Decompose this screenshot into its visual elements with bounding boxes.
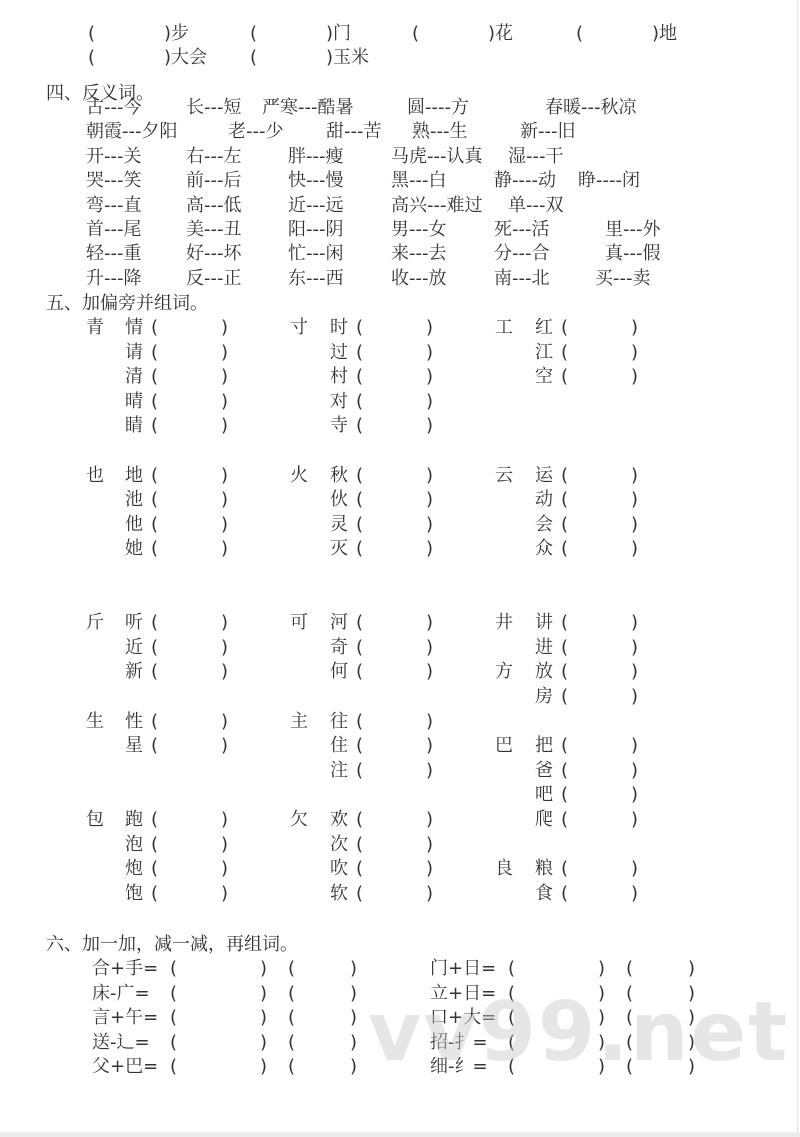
antonym-pair: 男---女 bbox=[391, 218, 447, 242]
close-paren: ) bbox=[631, 637, 638, 658]
radical-char: 空 bbox=[535, 365, 561, 389]
answer-blank[interactable]: ( bbox=[356, 759, 426, 783]
close-paren: ) bbox=[631, 317, 638, 338]
close-paren: ) bbox=[652, 23, 659, 44]
equation: 合+手= bbox=[92, 957, 170, 982]
close-paren: ) bbox=[326, 47, 333, 68]
answer-blank[interactable]: ( bbox=[151, 537, 221, 561]
answer-blank[interactable]: ( bbox=[151, 316, 221, 340]
close-paren: ) bbox=[221, 809, 228, 830]
open-paren[interactable]: ( bbox=[88, 46, 164, 70]
answer-blank-1[interactable]: ( bbox=[508, 957, 598, 982]
radical-char: 灭 bbox=[330, 537, 356, 561]
answer-blank[interactable]: ( bbox=[561, 488, 631, 512]
antonym-pair: 新---旧 bbox=[520, 120, 576, 144]
close-paren: ) bbox=[260, 1055, 288, 1080]
close-paren: ) bbox=[631, 883, 638, 904]
radical-char: 村 bbox=[330, 365, 356, 389]
word-blank-row: 空() bbox=[535, 365, 638, 389]
close-paren: ) bbox=[426, 661, 433, 682]
antonym-pair: 熟---生 bbox=[412, 120, 468, 144]
radical-char: 过 bbox=[330, 341, 356, 365]
answer-blank-1[interactable]: ( bbox=[508, 1006, 598, 1031]
antonym-pair: 哭---笑 bbox=[86, 169, 142, 193]
word-blank-row: 饱() bbox=[125, 882, 228, 906]
word-blank-row: 运() bbox=[535, 464, 638, 488]
word-blank-row: 吹() bbox=[330, 857, 433, 881]
close-paren: ) bbox=[598, 1031, 626, 1056]
close-paren: ) bbox=[426, 760, 433, 781]
answer-blank[interactable]: ( bbox=[561, 316, 631, 340]
close-paren: ) bbox=[631, 538, 638, 559]
close-paren: ) bbox=[164, 47, 171, 68]
answer-blank[interactable]: ( bbox=[356, 390, 426, 414]
equation-row: 立+日=()() bbox=[430, 982, 695, 1007]
answer-blank[interactable]: ( bbox=[561, 857, 631, 881]
equation: 招-扌= bbox=[430, 1031, 508, 1056]
answer-blank[interactable]: ( bbox=[561, 783, 631, 807]
word-blank-row: 奇() bbox=[330, 636, 433, 660]
word-blank-row: 爸() bbox=[535, 759, 638, 783]
antonym-pair: 静----动 bbox=[494, 169, 556, 193]
answer-blank[interactable]: ( bbox=[561, 611, 631, 635]
word-blank-row: 对() bbox=[330, 390, 433, 414]
answer-blank[interactable]: ( bbox=[561, 365, 631, 389]
radical-root: 工 bbox=[495, 316, 513, 340]
equation-row: 言+午=()() bbox=[92, 1006, 357, 1031]
answer-blank[interactable]: ( bbox=[356, 316, 426, 340]
close-paren: ) bbox=[631, 760, 638, 781]
radical-char: 江 bbox=[535, 341, 561, 365]
close-paren: ) bbox=[631, 735, 638, 756]
antonym-pair: 高兴---难过 bbox=[391, 194, 483, 218]
answer-blank-2[interactable]: ( bbox=[626, 982, 688, 1007]
answer-blank[interactable]: ( bbox=[151, 808, 221, 832]
radical-root: 也 bbox=[86, 464, 104, 488]
answer-blank[interactable]: ( bbox=[356, 365, 426, 389]
radical-char: 动 bbox=[535, 488, 561, 512]
word-blank-row: 放() bbox=[535, 660, 638, 684]
close-paren: ) bbox=[350, 983, 357, 1004]
close-paren: ) bbox=[221, 489, 228, 510]
answer-blank[interactable]: ( bbox=[561, 660, 631, 684]
radical-char: 讲 bbox=[535, 611, 561, 635]
answer-blank[interactable]: ( bbox=[561, 464, 631, 488]
antonym-pair: 真---假 bbox=[605, 242, 661, 266]
radical-root: 主 bbox=[290, 710, 308, 734]
word-blank-row: 红() bbox=[535, 316, 638, 340]
antonym-pair: 阳---阴 bbox=[288, 218, 344, 242]
answer-blank-2[interactable]: ( bbox=[626, 1055, 688, 1080]
close-paren: ) bbox=[426, 391, 433, 412]
answer-blank[interactable]: ( bbox=[356, 857, 426, 881]
antonym-pair: 死---活 bbox=[494, 218, 550, 242]
radical-char: 运 bbox=[535, 464, 561, 488]
antonym-pair: 右---左 bbox=[186, 145, 242, 169]
radical-char: 池 bbox=[125, 488, 151, 512]
answer-blank-1[interactable]: ( bbox=[170, 957, 260, 982]
answer-blank-1[interactable]: ( bbox=[170, 982, 260, 1007]
antonym-pair: 老---少 bbox=[228, 120, 284, 144]
antonym-pair: 甜---苦 bbox=[326, 120, 382, 144]
close-paren: ) bbox=[631, 661, 638, 682]
answer-blank[interactable]: ( bbox=[151, 636, 221, 660]
radical-char: 住 bbox=[330, 734, 356, 758]
word-blank-row: 何() bbox=[330, 660, 433, 684]
radical-char: 他 bbox=[125, 513, 151, 537]
answer-blank[interactable]: ( bbox=[151, 660, 221, 684]
close-paren: ) bbox=[426, 858, 433, 879]
close-paren: ) bbox=[350, 958, 357, 979]
answer-blank-2[interactable]: ( bbox=[288, 982, 350, 1007]
close-paren: ) bbox=[426, 538, 433, 559]
antonym-pair: 朝霞---夕阳 bbox=[86, 120, 178, 144]
close-paren: ) bbox=[221, 834, 228, 855]
antonym-pair: 好---坏 bbox=[186, 242, 242, 266]
radical-char: 近 bbox=[125, 636, 151, 660]
equation-row: 合+手=()() bbox=[92, 957, 357, 982]
radical-char: 软 bbox=[330, 882, 356, 906]
answer-blank[interactable]: ( bbox=[561, 759, 631, 783]
word-blank-row: 欢() bbox=[330, 808, 433, 832]
radical-char: 吹 bbox=[330, 857, 356, 881]
antonym-pair: 收---放 bbox=[391, 267, 447, 291]
close-paren: ) bbox=[426, 735, 433, 756]
open-paren[interactable]: ( bbox=[412, 22, 488, 46]
answer-blank-2[interactable]: ( bbox=[626, 1006, 688, 1031]
close-paren: ) bbox=[221, 317, 228, 338]
close-paren: ) bbox=[598, 957, 626, 982]
radical-char: 放 bbox=[535, 660, 561, 684]
answer-blank[interactable]: ( bbox=[356, 611, 426, 635]
equation: 言+午= bbox=[92, 1006, 170, 1031]
close-paren: ) bbox=[688, 1056, 695, 1077]
antonym-pair: 里---外 bbox=[605, 218, 661, 242]
word-blank-row: 注() bbox=[330, 759, 433, 783]
answer-blank[interactable]: ( bbox=[151, 734, 221, 758]
fill-blank-item: ()玉米 bbox=[250, 46, 369, 70]
close-paren: ) bbox=[350, 1056, 357, 1077]
antonym-pair: 忙---闲 bbox=[288, 242, 344, 266]
word-blank-row: 吧() bbox=[535, 783, 638, 807]
section5-title: 五、加偏旁并组词。 bbox=[46, 292, 208, 316]
answer-blank-1[interactable]: ( bbox=[508, 1055, 598, 1080]
answer-blank-2[interactable]: ( bbox=[288, 1006, 350, 1031]
word: 大会 bbox=[171, 47, 207, 68]
radical-root: 生 bbox=[86, 710, 104, 734]
radical-char: 粮 bbox=[535, 857, 561, 881]
answer-blank[interactable]: ( bbox=[356, 833, 426, 857]
close-paren: ) bbox=[631, 809, 638, 830]
radical-char: 众 bbox=[535, 537, 561, 561]
answer-blank-2[interactable]: ( bbox=[288, 1031, 350, 1056]
word-blank-row: 过() bbox=[330, 341, 433, 365]
answer-blank[interactable]: ( bbox=[561, 341, 631, 365]
radical-char: 奇 bbox=[330, 636, 356, 660]
word-blank-row: 睛() bbox=[125, 414, 228, 438]
answer-blank[interactable]: ( bbox=[151, 882, 221, 906]
fill-blank-item: ()步 bbox=[88, 22, 189, 46]
close-paren: ) bbox=[221, 391, 228, 412]
answer-blank[interactable]: ( bbox=[561, 808, 631, 832]
close-paren: ) bbox=[426, 834, 433, 855]
radical-char: 把 bbox=[535, 734, 561, 758]
answer-blank[interactable]: ( bbox=[151, 390, 221, 414]
close-paren: ) bbox=[426, 711, 433, 732]
close-paren: ) bbox=[221, 661, 228, 682]
answer-blank[interactable]: ( bbox=[356, 488, 426, 512]
close-paren: ) bbox=[260, 957, 288, 982]
close-paren: ) bbox=[426, 637, 433, 658]
radical-char: 情 bbox=[125, 316, 151, 340]
antonym-pair: 轻---重 bbox=[86, 242, 142, 266]
radical-root: 包 bbox=[86, 808, 104, 832]
page-bottom-edge bbox=[0, 1132, 800, 1137]
word-blank-row: 泡() bbox=[125, 833, 228, 857]
answer-blank-2[interactable]: ( bbox=[288, 957, 350, 982]
answer-blank[interactable]: ( bbox=[356, 341, 426, 365]
close-paren: ) bbox=[426, 415, 433, 436]
equation-row: 口+大=()() bbox=[430, 1006, 695, 1031]
word-blank-row: 村() bbox=[330, 365, 433, 389]
antonym-pair: 买---卖 bbox=[595, 267, 651, 291]
answer-blank[interactable]: ( bbox=[561, 685, 631, 709]
radical-char: 进 bbox=[535, 636, 561, 660]
radical-char: 灵 bbox=[330, 513, 356, 537]
close-paren: ) bbox=[350, 1007, 357, 1028]
equation: 立+日= bbox=[430, 982, 508, 1007]
antonym-pair: 东---西 bbox=[288, 267, 344, 291]
close-paren: ) bbox=[221, 538, 228, 559]
open-paren[interactable]: ( bbox=[576, 22, 652, 46]
radical-char: 听 bbox=[125, 611, 151, 635]
word-blank-row: 炮() bbox=[125, 857, 228, 881]
antonym-pair: 美---丑 bbox=[186, 218, 242, 242]
close-paren: ) bbox=[221, 858, 228, 879]
answer-blank[interactable]: ( bbox=[356, 414, 426, 438]
word-blank-row: 听() bbox=[125, 611, 228, 635]
radical-char: 炮 bbox=[125, 857, 151, 881]
close-paren: ) bbox=[426, 465, 433, 486]
antonym-pair: 圆----方 bbox=[407, 96, 469, 120]
antonym-pair: 开---关 bbox=[86, 145, 142, 169]
close-paren: ) bbox=[598, 1006, 626, 1031]
radical-char: 泡 bbox=[125, 833, 151, 857]
answer-blank[interactable]: ( bbox=[151, 488, 221, 512]
word-blank-row: 动() bbox=[535, 488, 638, 512]
close-paren: ) bbox=[164, 23, 171, 44]
close-paren: ) bbox=[221, 735, 228, 756]
word-blank-row: 河() bbox=[330, 611, 433, 635]
word-blank-row: 软() bbox=[330, 882, 433, 906]
word-blank-row: 会() bbox=[535, 513, 638, 537]
open-paren[interactable]: ( bbox=[88, 22, 164, 46]
radical-root: 青 bbox=[86, 316, 104, 340]
answer-blank[interactable]: ( bbox=[561, 882, 631, 906]
equation-row: 父+巴=()() bbox=[92, 1055, 357, 1080]
equation: 送-辶= bbox=[92, 1031, 170, 1056]
antonym-pair: 马虎---认真 bbox=[391, 145, 483, 169]
close-paren: ) bbox=[688, 958, 695, 979]
word-blank-row: 江() bbox=[535, 341, 638, 365]
radical-char: 吧 bbox=[535, 783, 561, 807]
antonym-pair: 近---远 bbox=[288, 194, 344, 218]
word-blank-row: 地() bbox=[125, 464, 228, 488]
fill-blank-item: ()花 bbox=[412, 22, 513, 46]
antonym-pair: 首---尾 bbox=[86, 218, 142, 242]
close-paren: ) bbox=[688, 1032, 695, 1053]
word-blank-row: 晴() bbox=[125, 390, 228, 414]
word-blank-row: 星() bbox=[125, 734, 228, 758]
antonym-pair: 前---后 bbox=[186, 169, 242, 193]
answer-blank[interactable]: ( bbox=[151, 464, 221, 488]
close-paren: ) bbox=[631, 858, 638, 879]
word: 花 bbox=[495, 23, 513, 44]
radical-root: 寸 bbox=[290, 316, 308, 340]
radical-root: 可 bbox=[290, 611, 308, 635]
close-paren: ) bbox=[631, 489, 638, 510]
close-paren: ) bbox=[221, 366, 228, 387]
close-paren: ) bbox=[426, 612, 433, 633]
answer-blank[interactable]: ( bbox=[561, 636, 631, 660]
radical-char: 注 bbox=[330, 759, 356, 783]
answer-blank[interactable]: ( bbox=[356, 513, 426, 537]
answer-blank[interactable]: ( bbox=[356, 537, 426, 561]
antonym-pair: 反---正 bbox=[186, 267, 242, 291]
answer-blank-2[interactable]: ( bbox=[626, 1031, 688, 1056]
answer-blank-1[interactable]: ( bbox=[170, 1055, 260, 1080]
answer-blank-1[interactable]: ( bbox=[508, 982, 598, 1007]
answer-blank-2[interactable]: ( bbox=[288, 1055, 350, 1080]
fill-blank-item: ()门 bbox=[250, 22, 351, 46]
word-blank-row: 性() bbox=[125, 710, 228, 734]
word-blank-row: 房() bbox=[535, 685, 638, 709]
equation: 门+日= bbox=[430, 957, 508, 982]
close-paren: ) bbox=[631, 686, 638, 707]
answer-blank[interactable]: ( bbox=[151, 710, 221, 734]
answer-blank-1[interactable]: ( bbox=[170, 1031, 260, 1056]
radical-char: 红 bbox=[535, 316, 561, 340]
answer-blank[interactable]: ( bbox=[151, 513, 221, 537]
answer-blank[interactable]: ( bbox=[356, 882, 426, 906]
answer-blank[interactable]: ( bbox=[356, 808, 426, 832]
antonym-pair: 弯---直 bbox=[86, 194, 142, 218]
radical-char: 会 bbox=[535, 513, 561, 537]
fill-blank-item: ()大会 bbox=[88, 46, 207, 70]
word-blank-row: 请() bbox=[125, 341, 228, 365]
open-paren[interactable]: ( bbox=[250, 46, 326, 70]
answer-blank[interactable]: ( bbox=[561, 537, 631, 561]
equation: 床-广= bbox=[92, 982, 170, 1007]
equation: 父+巴= bbox=[92, 1055, 170, 1080]
answer-blank[interactable]: ( bbox=[356, 636, 426, 660]
close-paren: ) bbox=[631, 342, 638, 363]
close-paren: ) bbox=[488, 23, 495, 44]
word-blank-row: 时() bbox=[330, 316, 433, 340]
antonym-pair: 睁----闭 bbox=[578, 169, 640, 193]
answer-blank-1[interactable]: ( bbox=[508, 1031, 598, 1056]
antonym-pair: 黑---白 bbox=[391, 169, 447, 193]
antonym-pair: 来---去 bbox=[391, 242, 447, 266]
word-blank-row: 池() bbox=[125, 488, 228, 512]
close-paren: ) bbox=[631, 612, 638, 633]
close-paren: ) bbox=[221, 415, 228, 436]
open-paren[interactable]: ( bbox=[250, 22, 326, 46]
answer-blank[interactable]: ( bbox=[356, 464, 426, 488]
word-blank-row: 她() bbox=[125, 537, 228, 561]
equation-row: 床-广=()() bbox=[92, 982, 357, 1007]
answer-blank[interactable]: ( bbox=[356, 660, 426, 684]
word-blank-row: 近() bbox=[125, 636, 228, 660]
word: 地 bbox=[659, 23, 677, 44]
section6-title: 六、加一加，减一减，再组词。 bbox=[46, 933, 298, 957]
answer-blank[interactable]: ( bbox=[151, 365, 221, 389]
antonym-pair: 分---合 bbox=[494, 242, 550, 266]
radical-char: 对 bbox=[330, 390, 356, 414]
antonym-pair: 南---北 bbox=[494, 267, 550, 291]
radical-char: 她 bbox=[125, 537, 151, 561]
close-paren: ) bbox=[426, 342, 433, 363]
radical-char: 房 bbox=[535, 685, 561, 709]
radical-char: 何 bbox=[330, 660, 356, 684]
close-paren: ) bbox=[598, 982, 626, 1007]
answer-blank[interactable]: ( bbox=[356, 710, 426, 734]
answer-blank[interactable]: ( bbox=[151, 341, 221, 365]
word-blank-row: 往() bbox=[330, 710, 433, 734]
word-blank-row: 众() bbox=[535, 537, 638, 561]
close-paren: ) bbox=[350, 1032, 357, 1053]
radical-char: 跑 bbox=[125, 808, 151, 832]
answer-blank[interactable]: ( bbox=[151, 414, 221, 438]
word-blank-row: 他() bbox=[125, 513, 228, 537]
radical-root: 方 bbox=[495, 660, 513, 684]
answer-blank[interactable]: ( bbox=[561, 513, 631, 537]
radical-char: 时 bbox=[330, 316, 356, 340]
radical-char: 睛 bbox=[125, 414, 151, 438]
equation-row: 门+日=()() bbox=[430, 957, 695, 982]
radical-char: 寺 bbox=[330, 414, 356, 438]
radical-char: 伙 bbox=[330, 488, 356, 512]
answer-blank[interactable]: ( bbox=[356, 734, 426, 758]
radical-char: 次 bbox=[330, 833, 356, 857]
word-blank-row: 食() bbox=[535, 882, 638, 906]
radical-root: 斤 bbox=[86, 611, 104, 635]
answer-blank[interactable]: ( bbox=[151, 833, 221, 857]
worksheet-page: ()步()门()花()地()大会()玉米 四、反义词。 古---今长---短严寒… bbox=[0, 0, 798, 1133]
antonym-pair: 胖---瘦 bbox=[288, 145, 344, 169]
word: 玉米 bbox=[333, 47, 369, 68]
answer-blank-2[interactable]: ( bbox=[626, 957, 688, 982]
word-blank-row: 把() bbox=[535, 734, 638, 758]
radical-root: 火 bbox=[290, 464, 308, 488]
close-paren: ) bbox=[426, 489, 433, 510]
answer-blank-1[interactable]: ( bbox=[170, 1006, 260, 1031]
word-blank-row: 进() bbox=[535, 636, 638, 660]
answer-blank[interactable]: ( bbox=[561, 734, 631, 758]
close-paren: ) bbox=[221, 514, 228, 535]
answer-blank[interactable]: ( bbox=[151, 857, 221, 881]
radical-char: 爬 bbox=[535, 808, 561, 832]
word-blank-row: 粮() bbox=[535, 857, 638, 881]
equation: 口+大= bbox=[430, 1006, 508, 1031]
close-paren: ) bbox=[631, 465, 638, 486]
answer-blank[interactable]: ( bbox=[151, 611, 221, 635]
antonym-pair: 长---短 bbox=[186, 96, 242, 120]
radical-char: 晴 bbox=[125, 390, 151, 414]
antonym-pair: 高---低 bbox=[186, 194, 242, 218]
close-paren: ) bbox=[221, 711, 228, 732]
close-paren: ) bbox=[221, 612, 228, 633]
